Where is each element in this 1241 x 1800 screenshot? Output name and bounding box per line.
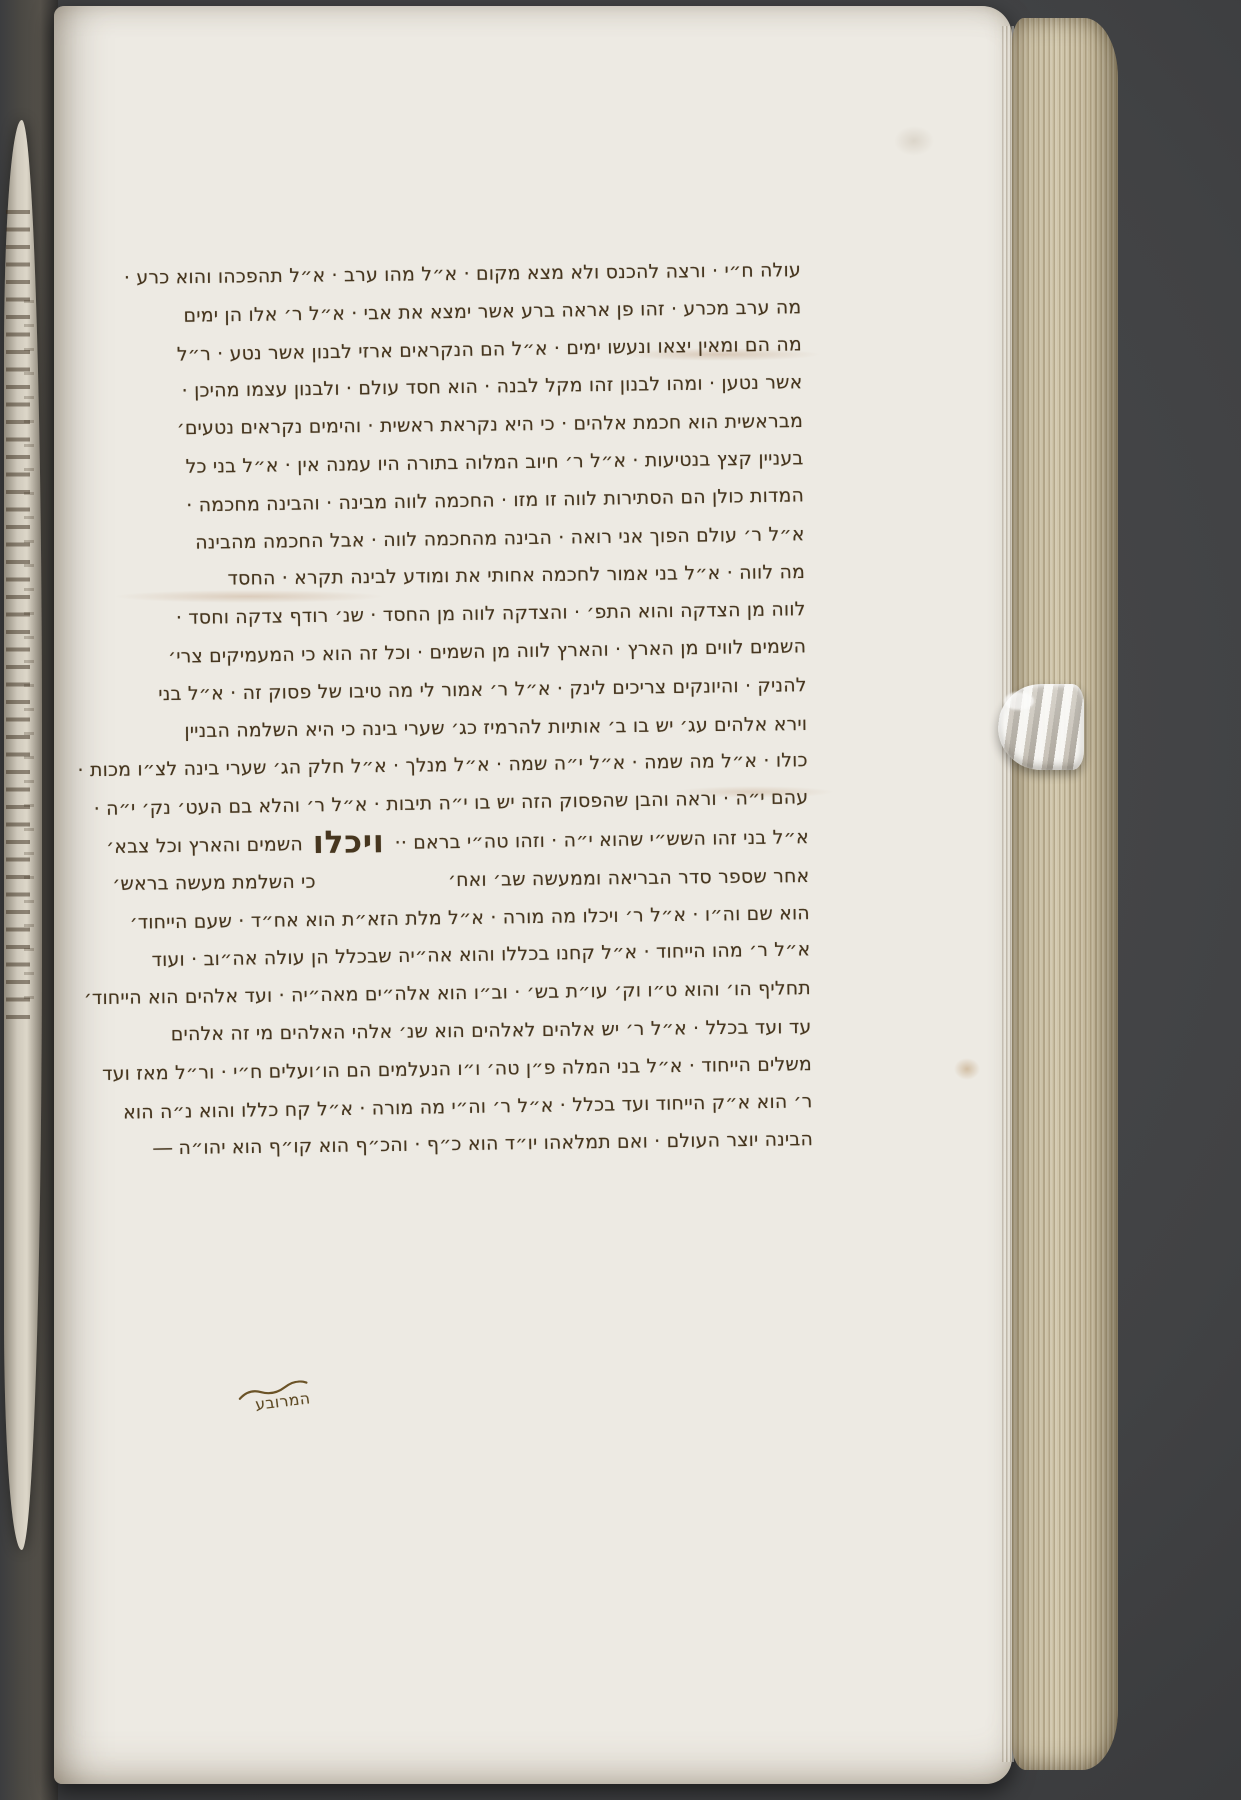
page-weight [998,684,1084,770]
line-segment-before: א״ל בני זהו השש״י שהוא י״ה · וזהו טה״י ב… [395,827,809,854]
text-line: עד ועד בכלל · א״ל ר׳ יש אלהים לאלהים הוא… [114,1009,811,1055]
text-block: עולה ח״י · ורצה להכנס ולא מצא מקום · א״ל… [104,251,814,1169]
text-line: וירא אלהים עג׳ יש בו ב׳ אותיות להרמיז כג… [110,706,807,752]
catchword-wrap: המרובע [231,1379,312,1416]
line-left-segment: כי השלמת מעשה בראש׳ [112,863,316,903]
foxing-spot [954,1058,980,1080]
text-line: עולה ח״י · ורצה להכנס ולא מצא מקום · א״ל… [104,252,801,298]
gutter-facing-leaf [0,0,58,1800]
text-line: אחר שספר סדר הבריאה וממעשה שב׳ ואח׳כי הש… [112,858,809,904]
manuscript-page: עולה ח״י · ורצה להכנס ולא מצא מקום · א״ל… [54,6,1012,1784]
facing-leaf-text-marks [24,300,34,1000]
enlarged-word: ויכלו [313,824,385,861]
book-fore-edge [1012,18,1118,1770]
foxing-spot [894,126,934,156]
line-right-segment: אחר שספר סדר הבריאה וממעשה שב׳ ואח׳ [448,858,810,900]
line-segment-after: השמים והארץ וכל צבא׳ [106,834,303,858]
photo-frame: עולה ח״י · ורצה להכנס ולא מצא מקום · א״ל… [0,0,1241,1800]
